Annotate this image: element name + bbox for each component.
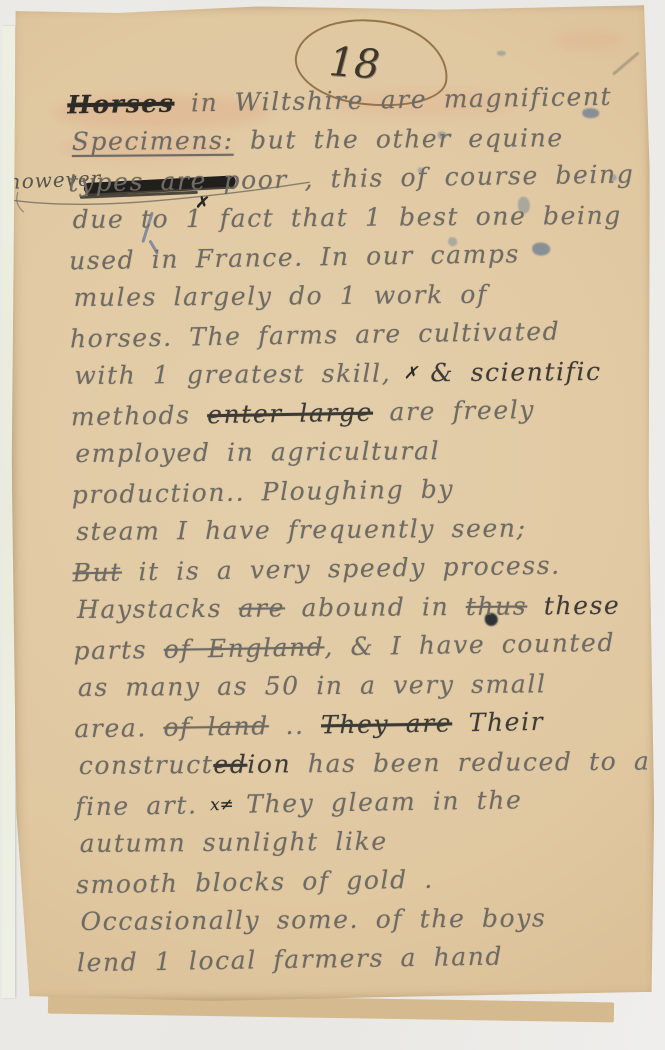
segment-struck: of land [163, 711, 269, 742]
segment: parts [73, 635, 164, 665]
segment: They gleam in the [246, 785, 523, 818]
segment: smooth blocks of gold . [76, 865, 434, 900]
segment: , & I have counted [324, 628, 615, 662]
segment: production.. Ploughing by [72, 474, 455, 509]
segment: are freely [373, 395, 535, 427]
segment: lend 1 local farmers a hand [77, 942, 503, 978]
blue-ink-blot [497, 51, 506, 56]
manuscript-line: smooth blocks of gold . [76, 861, 652, 909]
manuscript-line: mules largely do 1 work of [73, 279, 648, 323]
manuscript-line: parts of England, & I have counted [73, 627, 649, 675]
segment: methods [71, 400, 208, 431]
manuscript-lines: Horses in Wiltshire are magnificentSpeci… [67, 83, 652, 986]
segment-struck: are [239, 593, 286, 622]
manuscript-line: due to 1 fact that 1 best one being [73, 201, 648, 245]
manuscript-line: fine art. x≠ They gleam in the [75, 783, 651, 831]
segment: as many as 50 in a very small [78, 669, 547, 702]
segment [452, 708, 469, 737]
segment-dark: & scientific [430, 357, 602, 387]
manuscript-line: employed in agricultural [75, 435, 650, 479]
segment-blacked: Horses [67, 89, 175, 120]
manuscript-line: Specimens: but the other equine [72, 123, 647, 167]
manuscript-line: constructedion has been reduced to a [79, 747, 654, 791]
segment: has been reduced to a [291, 747, 650, 779]
segment: steam I have frequently seen; [76, 513, 527, 546]
manuscript-line: methods enter large are freely [71, 393, 647, 441]
manuscript-line: used in France. In our camps [69, 237, 645, 285]
paper-crease [612, 51, 640, 75]
manuscript-line: autumn sunlight like [80, 824, 655, 868]
segment-dark: Their [468, 707, 544, 737]
segment: horses. The farms are cultivated [70, 317, 561, 354]
manuscript-line: production.. Ploughing by [72, 471, 648, 519]
segment: due to 1 fact that 1 best one being [73, 201, 622, 234]
segment-struck-dark: ed [213, 750, 247, 779]
segment: it is a very speedy process. [122, 551, 561, 587]
manuscript-line: Horses in Wiltshire are magnificent [67, 81, 643, 129]
segment: autumn sunlight like [80, 827, 388, 858]
segment-underlined: Specimens: [72, 126, 234, 156]
segment: fine art. [75, 790, 198, 821]
segment: area. [74, 713, 164, 743]
segment [527, 591, 544, 620]
manuscript-line: horses. The farms are cultivated [70, 315, 646, 363]
segment-struck: But [72, 558, 122, 588]
manuscript-line: types are poor , this of course being [68, 159, 644, 207]
segment-struck-dark: They are [321, 708, 453, 739]
segment-struck-dark: enter large [207, 398, 373, 430]
segment-struck: of England [164, 632, 325, 664]
segment: used in France. In our camps [69, 239, 520, 275]
pink-stain [554, 30, 624, 50]
segment: employed in agricultural [75, 436, 440, 468]
segment: with 1 greatest skill, [74, 359, 391, 390]
segment: abound in [285, 592, 466, 622]
manuscript-line: Occasionally some. of the boys [80, 902, 655, 946]
manuscript-line: with 1 greatest skill, ✗ & scientific [74, 357, 649, 401]
manuscript-page: 18 however ✗ Horses in Wiltshire are mag… [9, 4, 656, 1002]
segment: mules largely do 1 work of [73, 280, 488, 312]
segment-dark: ion [247, 749, 291, 778]
segment-caret: ✗ [391, 363, 430, 383]
segment-struck: thus [466, 591, 528, 620]
segment: in Wiltshire are magnificent [174, 82, 612, 118]
segment: construct [79, 750, 214, 780]
page-number: 18 [327, 39, 381, 88]
segment-caret: x≠ [197, 795, 246, 816]
manuscript-line: But it is a very speedy process. [72, 549, 648, 597]
manuscript-line: area. of land .. They are Their [74, 705, 650, 753]
segment: .. [269, 710, 322, 740]
segment: Haystacks [77, 594, 239, 624]
segment: Occasionally some. of the boys [80, 903, 546, 936]
segment: but the other equine [233, 123, 563, 155]
manuscript-line: steam I have frequently seen; [76, 513, 651, 557]
manuscript-line: lend 1 local farmers a hand [77, 939, 653, 987]
segment-dark: these [544, 591, 621, 621]
manuscript-line: Haystacks are abound in thus these [77, 591, 652, 635]
manuscript-line: as many as 50 in a very small [78, 669, 653, 713]
